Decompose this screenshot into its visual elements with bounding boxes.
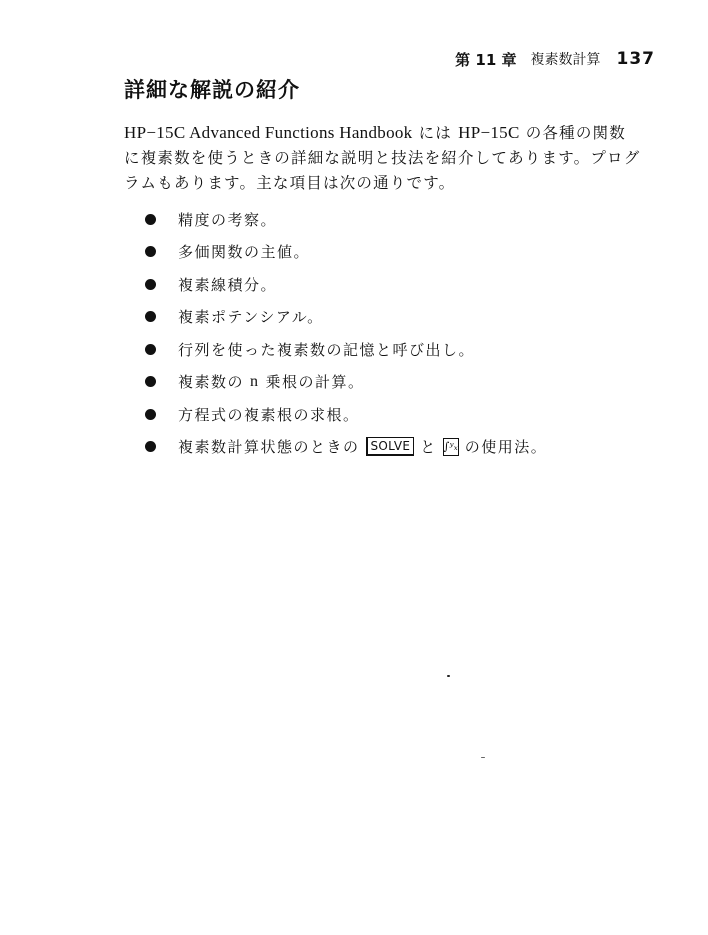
list-item-text: 複素数計算状態のときの	[178, 436, 360, 457]
page-number: 137	[617, 49, 656, 69]
list-item: 精度の考察。	[140, 203, 547, 236]
list-item: 多価関数の主値。	[140, 236, 547, 269]
intro-text: の各種の関数	[520, 124, 626, 142]
bullet-icon	[145, 441, 156, 452]
list-item-text: と	[420, 436, 437, 457]
list-item: 方程式の複素根の求根。	[140, 398, 547, 431]
intro-line-2: に複素数を使うときの詳細な説明と技法を紹介してあります。プログ	[124, 146, 669, 171]
list-item-text: 複素ポテンシアル。	[178, 306, 324, 327]
list-item-text: 方程式の複素根の求根。	[178, 404, 360, 425]
list-item-text: 複素数の	[178, 371, 244, 392]
model-name: HP−15C	[458, 123, 519, 142]
handbook-title: HP−15C Advanced Functions Handbook	[124, 123, 412, 142]
list-item-text: 精度の考察。	[178, 209, 277, 230]
bullet-icon	[145, 279, 156, 290]
topic-list: 精度の考察。 多価関数の主値。 複素線積分。 複素ポテンシアル。 行列を使った複…	[140, 203, 547, 463]
bullet-icon	[145, 344, 156, 355]
intro-line-3: ラムもあります。主な項目は次の通りです。	[124, 171, 669, 196]
list-item: 複素数のn乗根の計算。	[140, 366, 547, 399]
intro-line-1: HP−15C Advanced Functions Handbook には HP…	[124, 120, 669, 146]
chapter-label: 第 11 章	[455, 49, 516, 70]
bullet-icon	[145, 246, 156, 257]
variable-n: n	[250, 373, 260, 391]
bullet-icon	[145, 376, 156, 387]
scan-artifact	[447, 675, 450, 677]
section-label: 複素数計算	[531, 49, 601, 69]
list-item-text: の使用法。	[465, 436, 548, 457]
bullet-icon	[145, 311, 156, 322]
intro-text: には	[412, 124, 458, 142]
integrate-key-icon: ∫ʸₓ	[443, 438, 459, 456]
list-item: 複素数計算状態のときのSOLVEと∫ʸₓの使用法。	[140, 431, 547, 464]
page-header: 第 11 章 複素数計算 137	[440, 46, 655, 72]
list-item-text: 行列を使った複素数の記憶と呼び出し。	[178, 339, 475, 360]
solve-key-icon: SOLVE	[366, 437, 415, 456]
scan-artifact	[481, 757, 485, 758]
list-item-text: 複素線積分。	[178, 274, 277, 295]
list-item: 複素ポテンシアル。	[140, 301, 547, 334]
list-item-text: 乗根の計算。	[266, 371, 365, 392]
list-item-text: 多価関数の主値。	[178, 241, 310, 262]
list-item: 行列を使った複素数の記憶と呼び出し。	[140, 333, 547, 366]
intro-paragraph: HP−15C Advanced Functions Handbook には HP…	[124, 120, 669, 196]
bullet-icon	[145, 409, 156, 420]
section-title: 詳細な解説の紹介	[124, 74, 300, 104]
bullet-icon	[145, 214, 156, 225]
list-item: 複素線積分。	[140, 268, 547, 301]
